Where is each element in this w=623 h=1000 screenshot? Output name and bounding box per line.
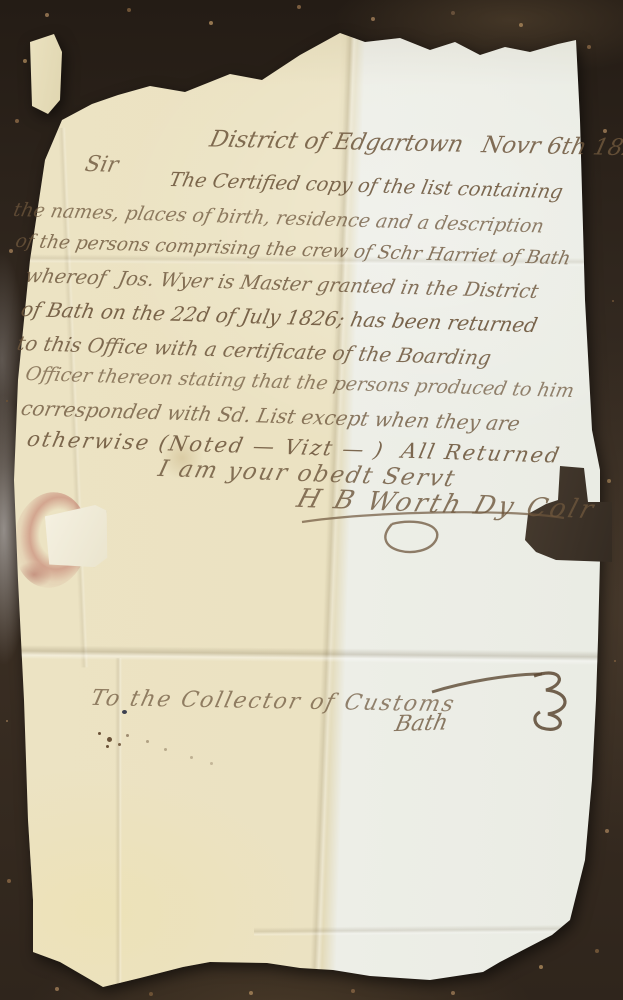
stain-spot: [160, 436, 204, 480]
ink-smudge: [98, 732, 101, 735]
photo-backdrop: District of Edgartown Novr 6th 1826 Sir …: [0, 0, 623, 1000]
ink-dot: [122, 710, 127, 714]
letter-paper: [14, 28, 606, 990]
fold-vertical-left: [58, 128, 89, 668]
fold-vertical-bottom-left: [115, 658, 122, 990]
paper-shadow-wrapper: [0, 0, 623, 1000]
paper-top-flap: [28, 32, 68, 118]
fold-horizontal-bottom: [254, 925, 584, 937]
fold-horizontal-lower: [16, 645, 600, 665]
fold-vertical-center: [309, 28, 358, 990]
fold-horizontal-upper: [18, 254, 598, 267]
